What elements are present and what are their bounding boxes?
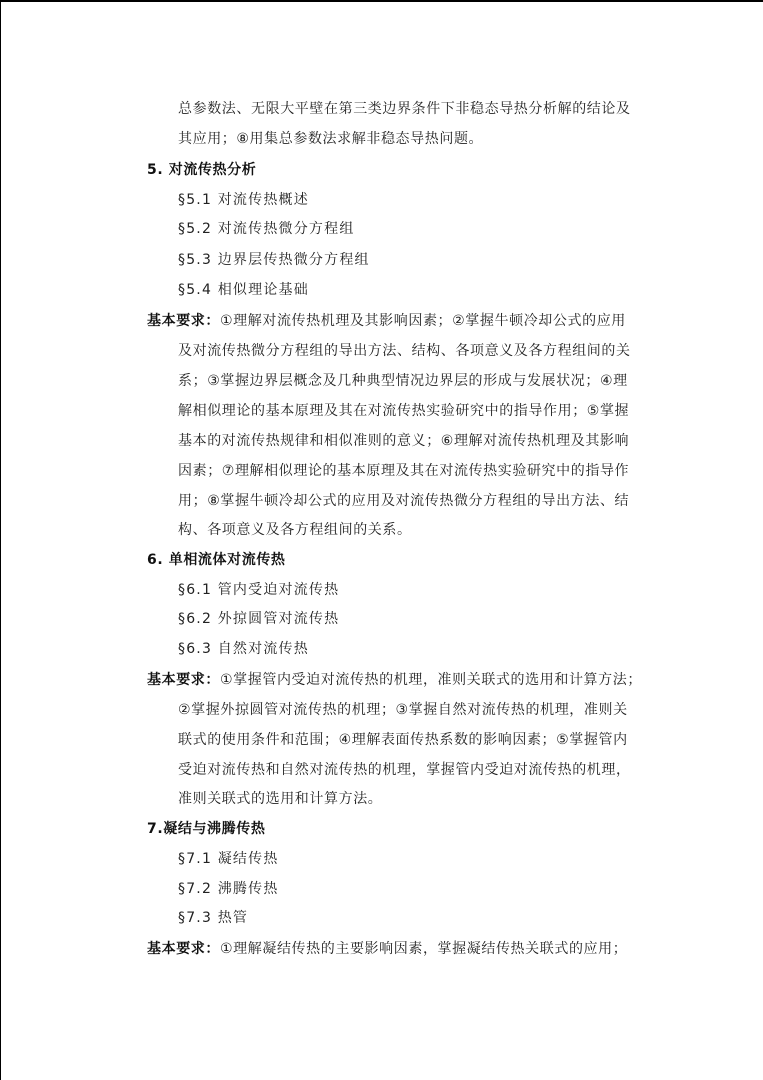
- section-item: §6.3 自然对流传热: [178, 639, 309, 659]
- paragraph-line: 总参数法、无限大平壁在第三类边界条件下非稳态导热分析解的结论及: [178, 99, 631, 119]
- section-item: §5.3 边界层传热微分方程组: [178, 250, 370, 270]
- requirements-text: ①理解凝结传热的主要影响因素，掌握凝结传热关联式的应用；: [220, 941, 627, 957]
- page-border-left: [0, 0, 1, 1080]
- paragraph-line: 联式的使用条件和范围；④理解表面传热系数的影响因素；⑤掌握管内: [178, 730, 628, 750]
- paragraph-line: 及对流传热微分方程组的导出方法、结构、各项意义及各方程组间的关: [178, 341, 631, 361]
- chapter-heading-6: 6. 单相流体对流传热: [147, 550, 286, 570]
- paragraph-line: 基本的对流传热规律和相似准则的意义；⑥理解对流传热机理及其影响: [178, 431, 629, 451]
- requirements-line: 基本要求：①理解对流传热机理及其影响因素；②掌握牛顿冷却公式的应用: [147, 311, 626, 331]
- paragraph-line: 受迫对流传热和自然对流传热的机理，掌握管内受迫对流传热的机理，: [178, 760, 631, 780]
- paragraph-line: 用；⑧掌握牛顿冷却公式的应用及对流传热微分方程组的导出方法、结: [178, 491, 629, 511]
- requirements-text: ①掌握管内受迫对流传热的机理，准则关联式的选用和计算方法；: [220, 672, 642, 688]
- section-item: §5.4 相似理论基础: [178, 280, 309, 300]
- paragraph-line: 准则关联式的选用和计算方法。: [178, 789, 382, 809]
- page-border-top: [0, 0, 763, 2]
- section-item: §7.3 热管: [178, 908, 248, 928]
- section-item: §5.1 对流传热概述: [178, 190, 309, 210]
- paragraph-line: 系；③掌握边界层概念及几种典型情况边界层的形成与发展状况；④理: [178, 371, 628, 391]
- paragraph-line: 因素；⑦理解相似理论的基本原理及其在对流传热实验研究中的指导作: [178, 461, 629, 481]
- paragraph-line: 其应用；⑧用集总参数法求解非稳态导热问题。: [178, 129, 483, 149]
- chapter-heading-5: 5. 对流传热分析: [147, 160, 256, 180]
- requirements-label: 基本要求：: [147, 313, 220, 329]
- section-item: §5.2 对流传热微分方程组: [178, 219, 355, 239]
- requirements-line: 基本要求：①掌握管内受迫对流传热的机理，准则关联式的选用和计算方法；: [147, 670, 642, 690]
- requirements-line: 基本要求：①理解凝结传热的主要影响因素，掌握凝结传热关联式的应用；: [147, 939, 627, 959]
- requirements-text: ①理解对流传热机理及其影响因素；②掌握牛顿冷却公式的应用: [220, 313, 626, 329]
- paragraph-line: ②掌握外掠圆管对流传热的机理；③掌握自然对流传热的机理，准则关: [178, 700, 628, 720]
- section-item: §7.2 沸腾传热: [178, 879, 279, 899]
- paragraph-line: 构、各项意义及各方程组间的关系。: [178, 520, 412, 540]
- section-item: §6.1 管内受迫对流传热: [178, 580, 339, 600]
- section-item: §7.1 凝结传热: [178, 849, 279, 869]
- chapter-heading-7: 7.凝结与沸腾传热: [147, 819, 265, 839]
- paragraph-line: 解相似理论的基本原理及其在对流传热实验研究中的指导作用；⑤掌握: [178, 401, 629, 421]
- requirements-label: 基本要求：: [147, 941, 220, 957]
- section-item: §6.2 外掠圆管对流传热: [178, 609, 339, 629]
- requirements-label: 基本要求：: [147, 672, 220, 688]
